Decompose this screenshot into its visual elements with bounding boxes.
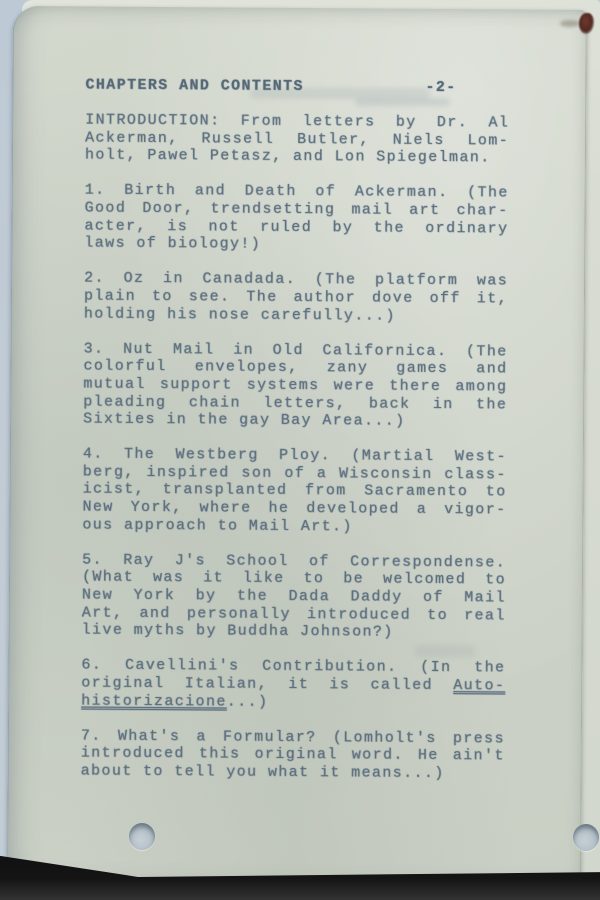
section-chapter-4: 4. The Westberg Ploy. (Martial West-berg… [82,446,507,537]
punch-hole-left [129,823,155,850]
ink-bleed-smudge [355,98,450,106]
section-chapter-7: 7. What's a Formular? (Lomholt's pressin… [81,727,505,783]
text-line: ous approach to Mail Art.) [82,516,506,537]
underlined-text: Auto- [453,677,505,694]
underlined-text: historizacione [81,692,227,710]
text-line: historizacione...) [81,692,505,713]
stain-streak [560,20,580,27]
document-page: CHAPTERS AND CONTENTS -2- INTRODUCTION: … [7,6,587,882]
section-chapter-2: 2. Oz in Canadada. (The platform wasplai… [84,270,508,326]
section-chapter-3: 3. Nut Mail in Old Californica. (Thecolo… [83,340,508,431]
text-line: holding his nose carefully...) [84,305,508,326]
section-introduction: INTRODUCTION: From letters by Dr. AlAcke… [85,112,509,168]
punch-hole-right [573,824,599,851]
text-line: laws of biology!) [84,235,508,256]
page-content: CHAPTERS AND CONTENTS -2- INTRODUCTION: … [81,77,510,784]
ink-bleed-smudge [415,645,475,657]
section-chapter-6: 6. Cavellini's Contribution. (In theorig… [81,657,505,713]
text-line: holt, Pawel Petasz, and Lon Spiegelman. [85,147,509,168]
section-chapter-5: 5. Ray J's School of Correspondense.(Wha… [82,551,507,642]
photo-background: CHAPTERS AND CONTENTS -2- INTRODUCTION: … [0,0,600,900]
section-chapter-1: 1. Birth and Death of Ackerman. (TheGood… [84,182,508,255]
text-line: about to tell you what it means...) [81,762,505,783]
text-line: Sixties in the gay Bay Area...) [83,411,507,432]
toc-sections: INTRODUCTION: From letters by Dr. AlAcke… [81,112,510,784]
page-number: -2- [425,79,456,97]
text-line: mutual support systems were there among [83,375,507,396]
text-line: live myths by Buddha Johnson?) [82,622,506,643]
text-line: plain to see. The author dove off it, [84,287,508,308]
